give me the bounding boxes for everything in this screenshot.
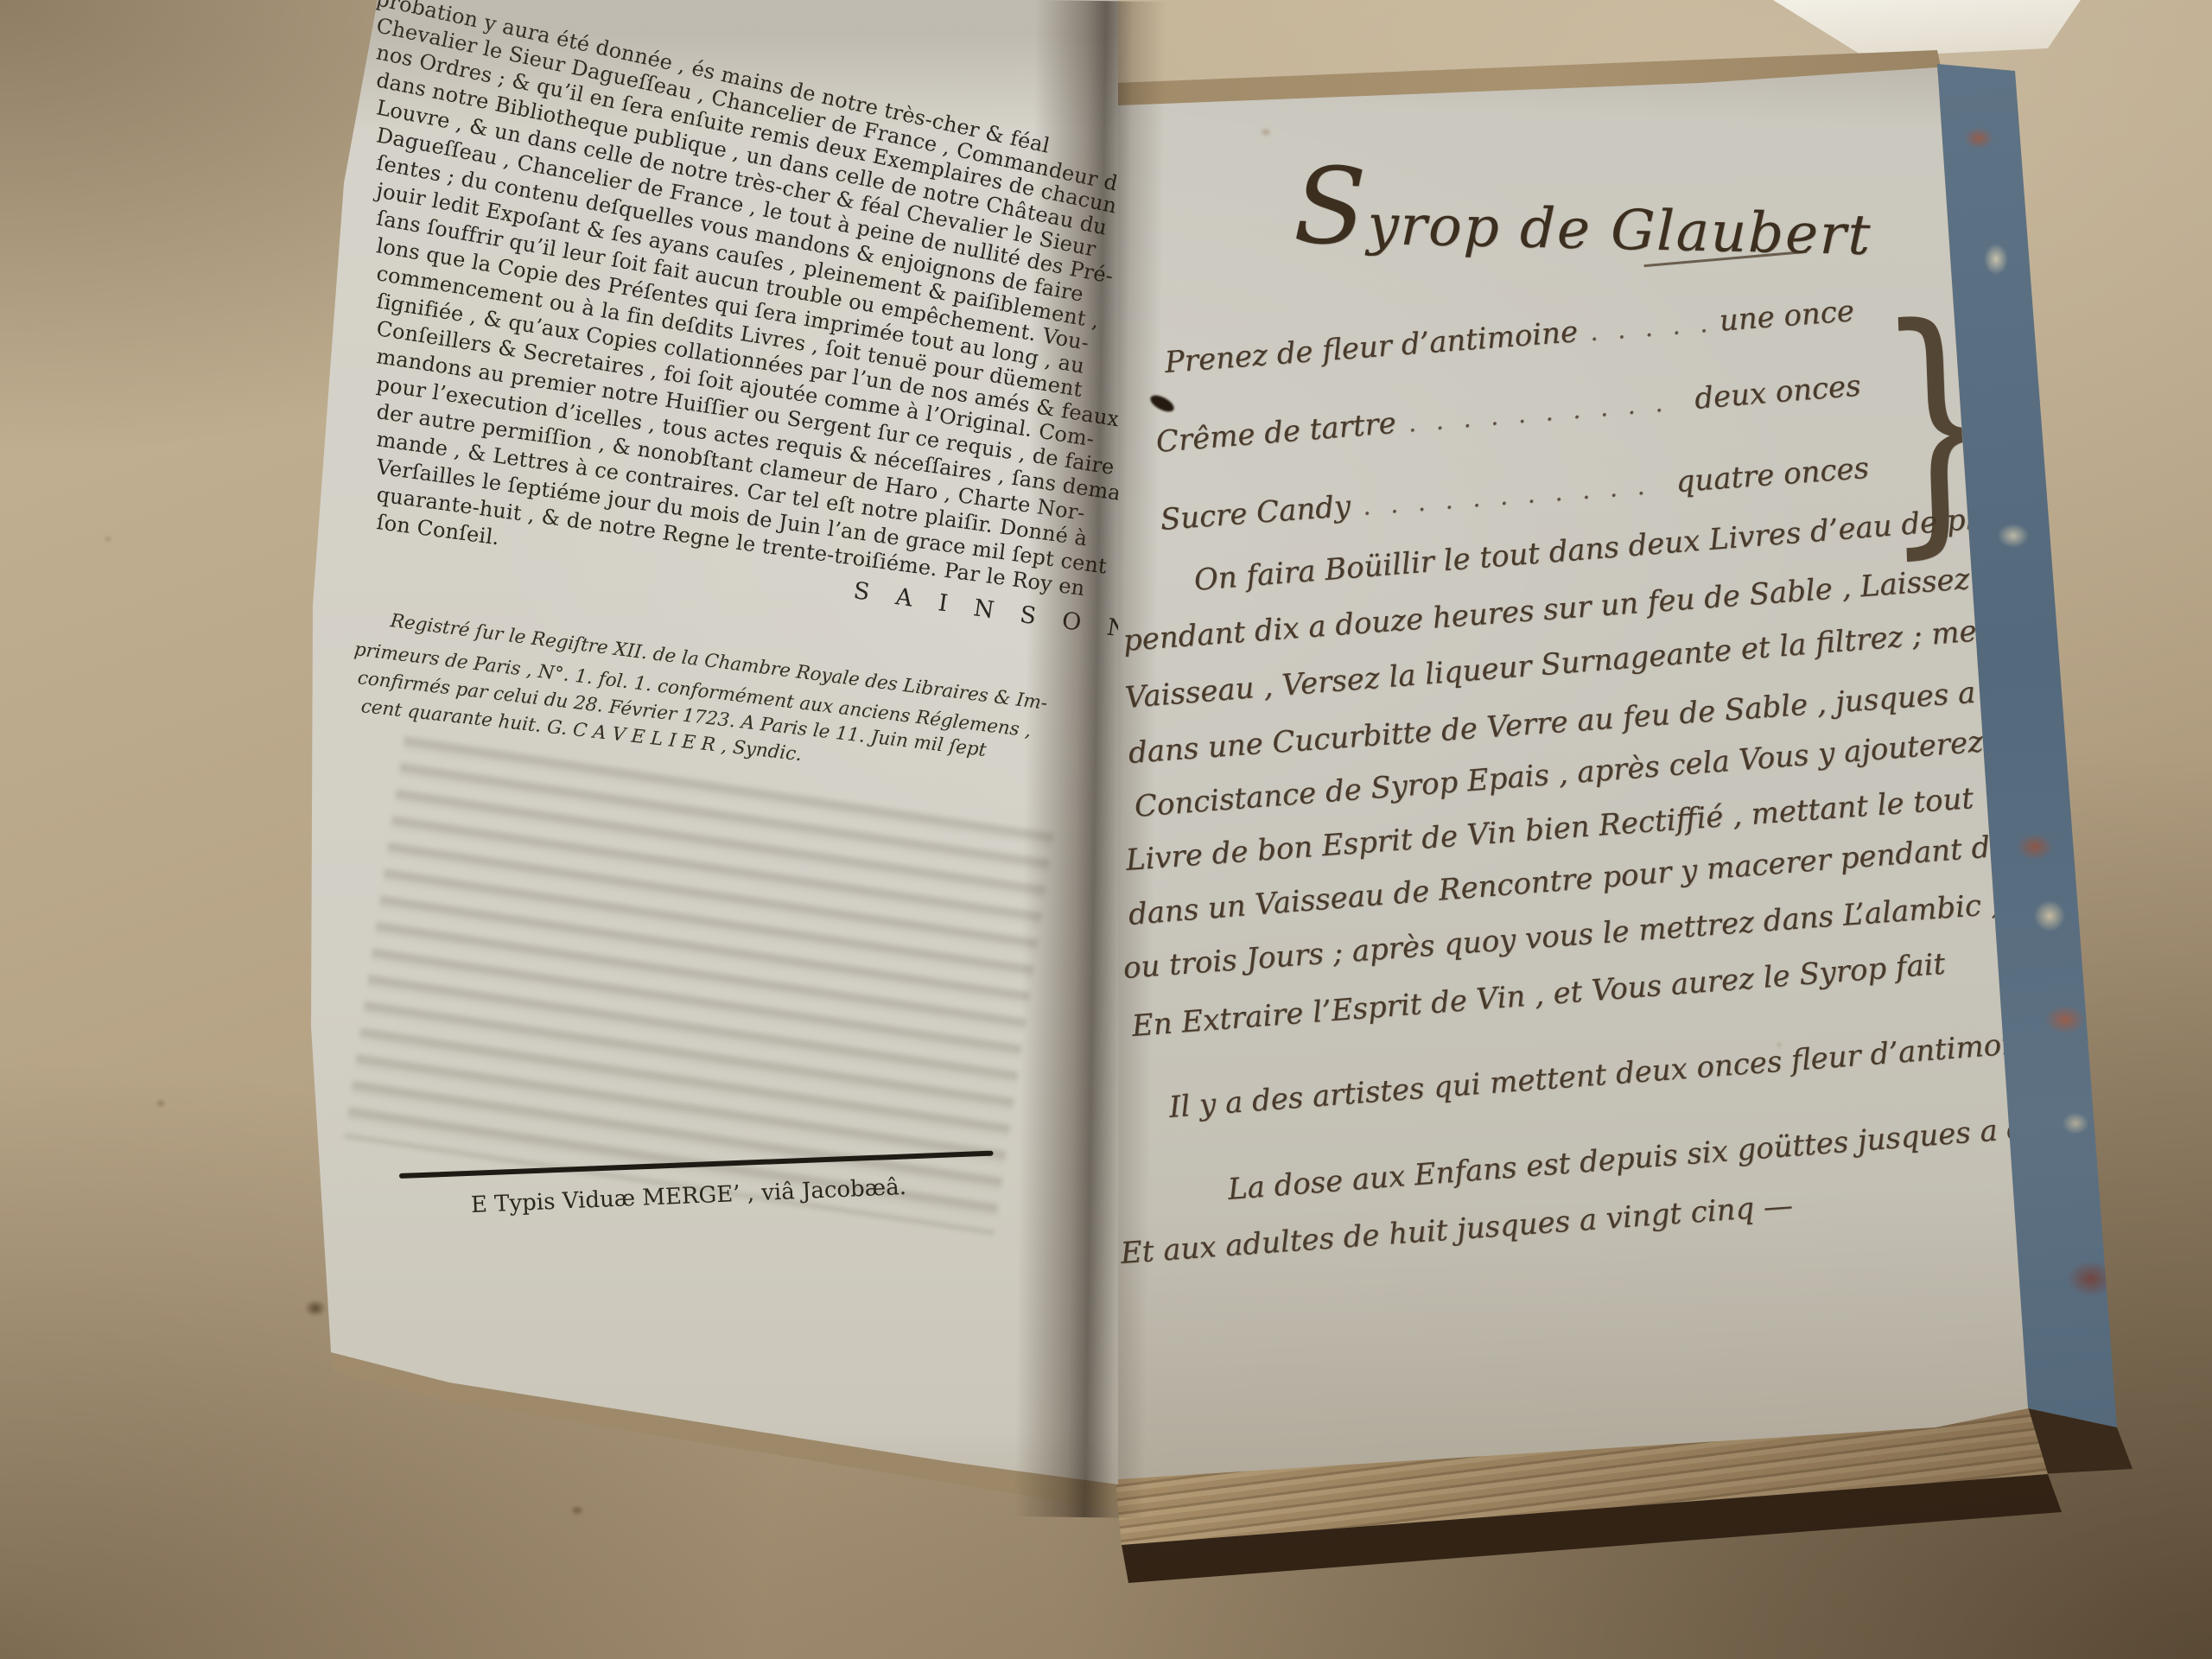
ingredient-quantity: une once: [1718, 294, 1855, 339]
manuscript-title: Syrop de Glaubert: [1293, 188, 1872, 268]
ink-blot: [1147, 392, 1176, 415]
ingredient-quantity: deux onces: [1694, 368, 1862, 416]
stain-spot: [1776, 1041, 1783, 1048]
ingredient-row: Prenez de fleur d’antimoine . . . . . . …: [1164, 294, 1856, 380]
ingredient-quantity: quatre onces: [1675, 451, 1870, 499]
leader-dots: . . . . . .: [1589, 309, 1708, 346]
stain-spot: [1260, 128, 1272, 137]
leader-dots: . . . . . . . . . . . . .: [1407, 387, 1683, 437]
white-paper-scrap: [1763, 0, 2126, 64]
stain-spot: [304, 1300, 327, 1317]
ingredient-name: Prenez de fleur d’antimoine: [1164, 315, 1580, 380]
note-line: Il y a des artistes qui mettent deux onc…: [1168, 1025, 2049, 1125]
ingredient-name: Crême de tartre: [1154, 406, 1397, 460]
leader-dots: . . . . . . . . . . . . . .: [1362, 470, 1665, 521]
dose-line: Et aux adultes de huit jusques a vingt c…: [1120, 1188, 1795, 1271]
dose-line: La dose aux Enfans est depuis six goütte…: [1226, 1104, 2114, 1207]
stain-spot: [570, 1505, 584, 1516]
ingredient-name: Sucre Candy: [1160, 489, 1352, 537]
stain-spot: [104, 536, 112, 543]
book-photo: probation y aura été donnée , és mains d…: [0, 0, 2212, 1659]
ingredient-row: Crême de tartre . . . . . . . . . . . . …: [1154, 368, 1862, 459]
stain-spot: [156, 1099, 166, 1108]
show-through-text: [345, 736, 1054, 1235]
